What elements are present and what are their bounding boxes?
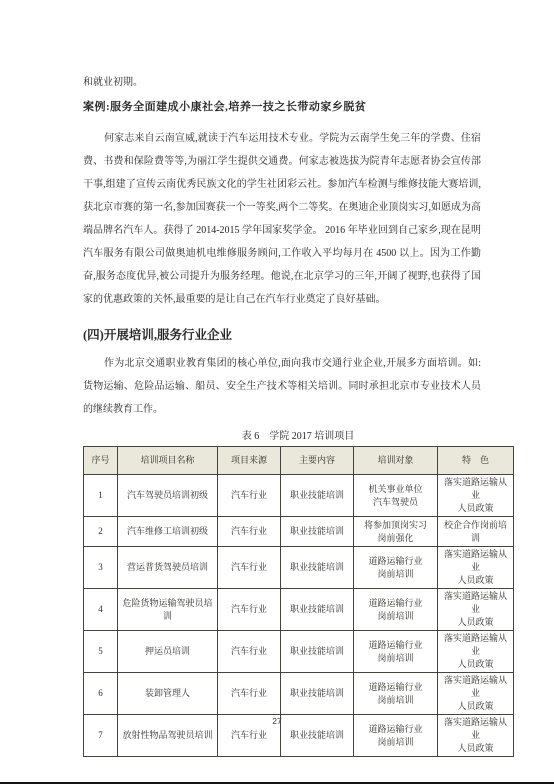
table-cell: 5	[84, 631, 118, 673]
table-cell: 4	[84, 589, 118, 631]
table-cell: 职业技能培训	[281, 673, 354, 715]
section-heading: (四)开展培训,服务行业企业	[83, 327, 232, 344]
table-cell: 道路运输行业 岗前培训	[354, 673, 438, 715]
column-header-source: 项目来源	[218, 447, 281, 475]
table-cell: 汽车行业	[218, 589, 281, 631]
table-cell: 汽车行业	[218, 547, 281, 589]
section-paragraph: 作为北京交通职业教育集团的核心单位,面向我市交通行业企业,开展多方面培训。如:货…	[83, 352, 481, 421]
table-cell: 职业技能培训	[281, 631, 354, 673]
table-cell: 将参加顶岗实习 岗前强化	[354, 517, 438, 547]
table-cell: 道路运输行业 岗前培训	[354, 631, 438, 673]
table-header-row: 序号 培训项目名称 项目来源 主要内容 培训对象 特 色	[84, 447, 514, 475]
table-cell: 道路运输行业 岗前培训	[354, 589, 438, 631]
column-header-content: 主要内容	[281, 447, 354, 475]
page-number: 27	[0, 716, 554, 726]
table-row: 4 危险货物运输驾驶员培训 汽车行业 职业技能培训 道路运输行业 岗前培训 落实…	[84, 589, 514, 631]
case-heading: 案例:服务全面建成小康社会,培养一技之长带动家乡脱贫	[83, 100, 366, 115]
column-header-feature: 特 色	[438, 447, 514, 475]
table-cell: 汽车行业	[218, 517, 281, 547]
table-cell: 机关事业单位 汽车驾驶员	[354, 475, 438, 517]
table-cell: 落实道路运输从业 人员政策	[438, 631, 514, 673]
paragraph-tail: 和就业初期。	[83, 76, 143, 90]
table-row: 2 汽车维修工培训初级 汽车行业 职业技能培训 将参加顶岗实习 岗前强化 校企合…	[84, 517, 514, 547]
table-cell: 装卸管理人	[118, 673, 218, 715]
table-cell: 落实道路运输从业 人员政策	[438, 673, 514, 715]
table-cell: 危险货物运输驾驶员培训	[118, 589, 218, 631]
table-row: 5 押运员培训 汽车行业 职业技能培训 道路运输行业 岗前培训 落实道路运输从业…	[84, 631, 514, 673]
table-cell: 道路运输行业 岗前培训	[354, 547, 438, 589]
table-cell: 落实道路运输从业 人员政策	[438, 475, 514, 517]
table-row: 6 装卸管理人 汽车行业 职业技能培训 道路运输行业 岗前培训 落实道路运输从业…	[84, 673, 514, 715]
column-header-index: 序号	[84, 447, 118, 475]
table-row: 1 汽车驾驶员培训初级 汽车行业 职业技能培训 机关事业单位 汽车驾驶员 落实道…	[84, 475, 514, 517]
table-cell: 汽车维修工培训初级	[118, 517, 218, 547]
case-paragraph: 何家志来自云南宣威,就读于汽车运用技术专业。学院为云南学生免三年的学费、住宿费、…	[83, 127, 481, 311]
table-caption: 表 6 学院 2017 培训项目	[83, 427, 513, 442]
table-cell: 营运普货驾驶员培训	[118, 547, 218, 589]
table-row: 3 营运普货驾驶员培训 汽车行业 职业技能培训 道路运输行业 岗前培训 落实道路…	[84, 547, 514, 589]
column-header-project-name: 培训项目名称	[118, 447, 218, 475]
table-cell: 3	[84, 547, 118, 589]
table-cell: 6	[84, 673, 118, 715]
table-cell: 2	[84, 517, 118, 547]
table-cell: 落实道路运输从业 人员政策	[438, 589, 514, 631]
table-cell: 职业技能培训	[281, 475, 354, 517]
table-cell: 押运员培训	[118, 631, 218, 673]
table-cell: 汽车行业	[218, 673, 281, 715]
column-header-target: 培训对象	[354, 447, 438, 475]
table-cell: 1	[84, 475, 118, 517]
table-cell: 职业技能培训	[281, 517, 354, 547]
table-cell: 校企合作岗前培训	[438, 517, 514, 547]
document-page: 和就业初期。 案例:服务全面建成小康社会,培养一技之长带动家乡脱贫 何家志来自云…	[0, 0, 554, 784]
table-cell: 落实道路运输从业 人员政策	[438, 547, 514, 589]
table-cell: 汽车驾驶员培训初级	[118, 475, 218, 517]
table-cell: 汽车行业	[218, 631, 281, 673]
table-cell: 汽车行业	[218, 475, 281, 517]
table-cell: 职业技能培训	[281, 589, 354, 631]
training-projects-table: 序号 培训项目名称 项目来源 主要内容 培训对象 特 色 1 汽车驾驶员培训初级…	[83, 446, 514, 757]
table-cell: 职业技能培训	[281, 547, 354, 589]
